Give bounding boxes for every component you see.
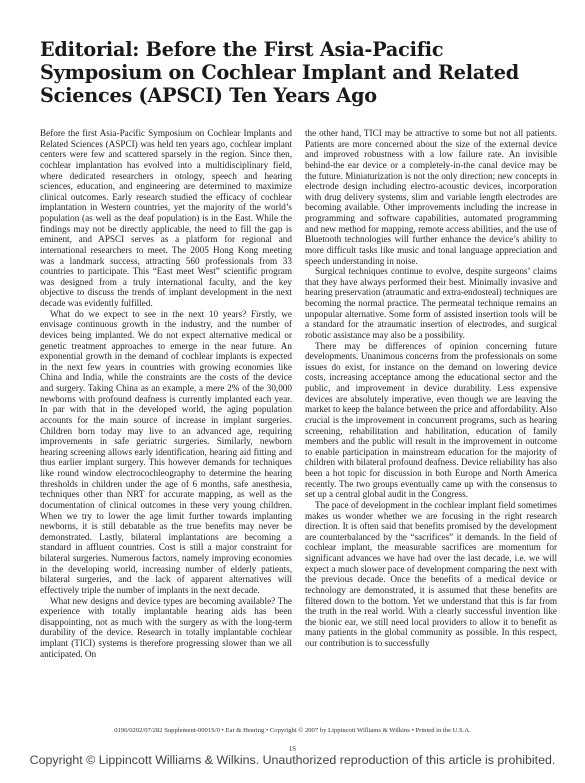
paragraph: What new designs and device types are be… [40, 596, 292, 660]
copyright-notice: Copyright © Lippincott Williams & Wilkin… [0, 753, 585, 767]
paragraph: the other hand, TICI may be attractive t… [305, 128, 557, 266]
paragraph: There may be differences of opinion conc… [305, 341, 557, 500]
paragraph: Before the first Asia-Pacific Symposium … [40, 128, 292, 309]
paragraph: The pace of development in the cochlear … [305, 500, 557, 649]
right-column: the other hand, TICI may be attractive t… [305, 128, 557, 649]
journal-footer: 0196/0202/07/282 Supplement-0001S/0 • Ea… [0, 727, 585, 734]
left-column: Before the first Asia-Pacific Symposium … [40, 128, 292, 659]
paragraph: What do we expect to see in the next 10 … [40, 309, 292, 596]
page-number: 1S [0, 746, 585, 753]
article-title: Editorial: Before the First Asia-Pacific… [40, 38, 560, 107]
paragraph: Surgical techniques continue to evolve, … [305, 266, 557, 340]
